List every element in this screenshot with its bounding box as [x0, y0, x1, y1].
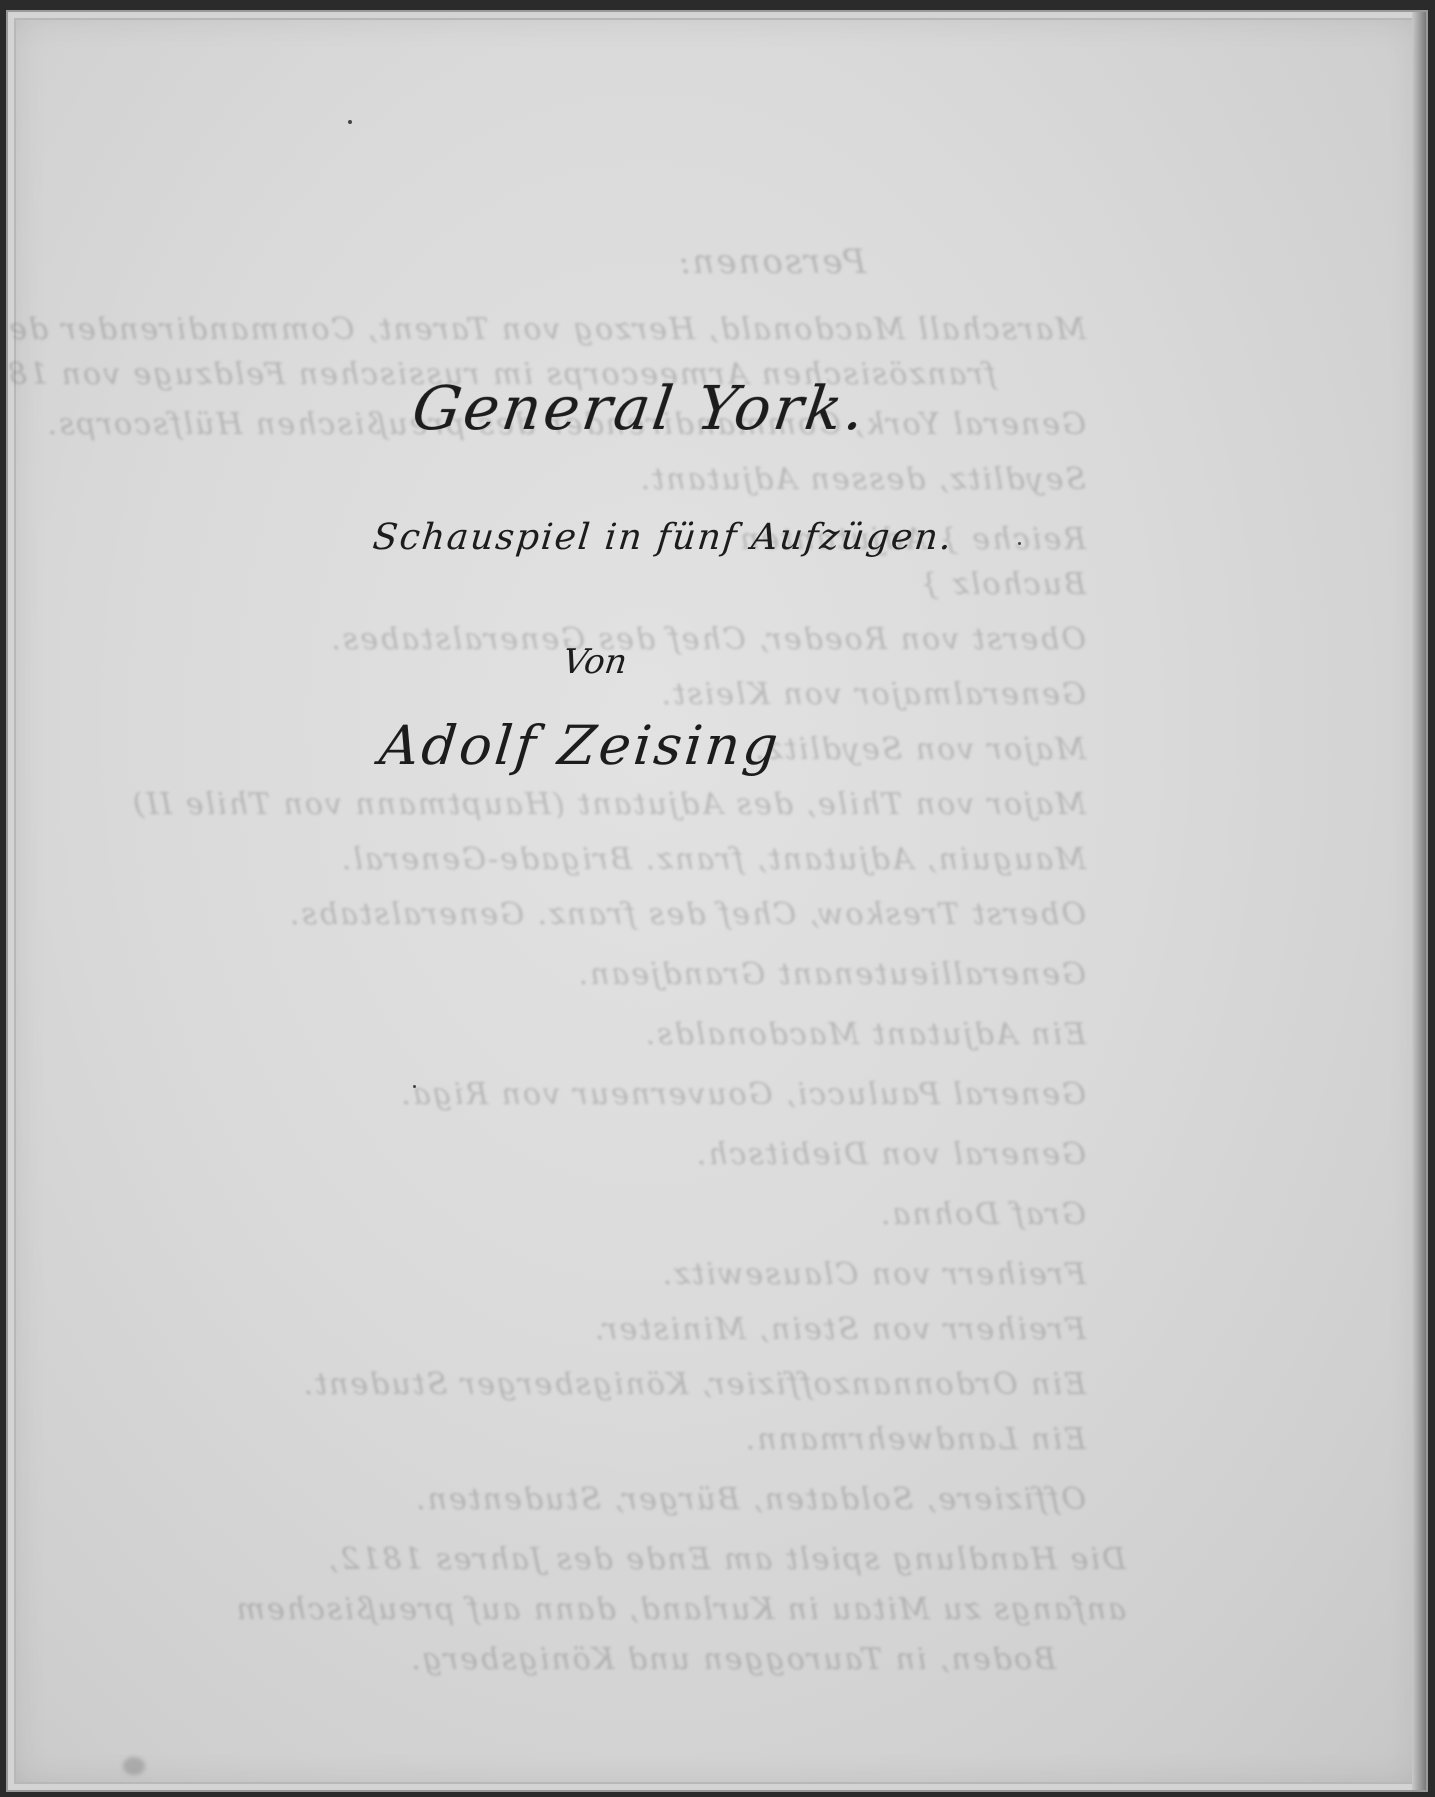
ink-speck: [348, 120, 352, 124]
bleed-line: Oberst Treskow, Chef des franz. Generals…: [288, 897, 1086, 932]
bleed-line: Seydlitz, dessen Adjutant.: [639, 462, 1086, 497]
bleed-line: General Paulucci, Gouverneur von Riga.: [399, 1077, 1086, 1112]
bleed-heading: Personen:: [677, 242, 866, 282]
bleed-line: Generallieutenant Grandjean.: [577, 957, 1086, 992]
bleed-line: Bucholz }: [918, 567, 1086, 602]
paper-stain: [123, 1757, 145, 1775]
manuscript-page: Personen: Marschall Macdonald, Herzog vo…: [6, 10, 1428, 1792]
bleed-line: Marschall Macdonald, Herzog von Tarent, …: [6, 312, 1086, 347]
bleed-line: Freiherr von Stein, Minister.: [593, 1312, 1086, 1347]
reverse-side-bleed-through: Personen: Marschall Macdonald, Herzog vo…: [8, 12, 1426, 1790]
ink-speck: [413, 1085, 416, 1088]
bleed-line: Major von Seydlitz.: [753, 732, 1086, 767]
bleed-line: Ein Ordonnanzoffizier, Königsberger Stud…: [302, 1367, 1086, 1402]
bleed-line: anfangs zu Mitau in Kurland, dann auf pr…: [235, 1592, 1126, 1627]
bleed-line: Die Handlung spielt am Ende des Jahres 1…: [327, 1542, 1126, 1577]
bleed-line: Ein Landwehrmann.: [744, 1422, 1086, 1457]
scanned-manuscript: Personen: Marschall Macdonald, Herzog vo…: [0, 0, 1435, 1797]
bleed-line: Generalmajor von Kleist.: [660, 677, 1086, 712]
bleed-line: Oberst von Roeder, Chef des Generalstabe…: [329, 622, 1086, 657]
bleed-line: Freiherr von Clausewitz.: [661, 1257, 1086, 1292]
bleed-line: Graf Dohna.: [879, 1197, 1086, 1232]
by-label: Von: [560, 642, 629, 682]
bleed-line: Offiziere, Soldaten, Bürger, Studenten.: [414, 1482, 1086, 1517]
ink-speck: [1018, 542, 1021, 545]
bleed-line: General von Diebitsch.: [695, 1137, 1086, 1172]
bleed-line: Major von Thile, des Adjutant (Hauptmann…: [131, 787, 1086, 822]
play-title: General York.: [408, 374, 872, 444]
play-subtitle: Schauspiel in fünf Aufzügen.: [371, 517, 956, 558]
bleed-line: Boden, in Tauroggen und Königsberg.: [409, 1642, 1056, 1677]
author-name: Adolf Zeising: [377, 714, 784, 777]
bleed-line: Mauguin, Adjutant, franz. Brigade-Genera…: [340, 842, 1086, 877]
bleed-line: Ein Adjutant Macdonalds.: [644, 1017, 1086, 1052]
